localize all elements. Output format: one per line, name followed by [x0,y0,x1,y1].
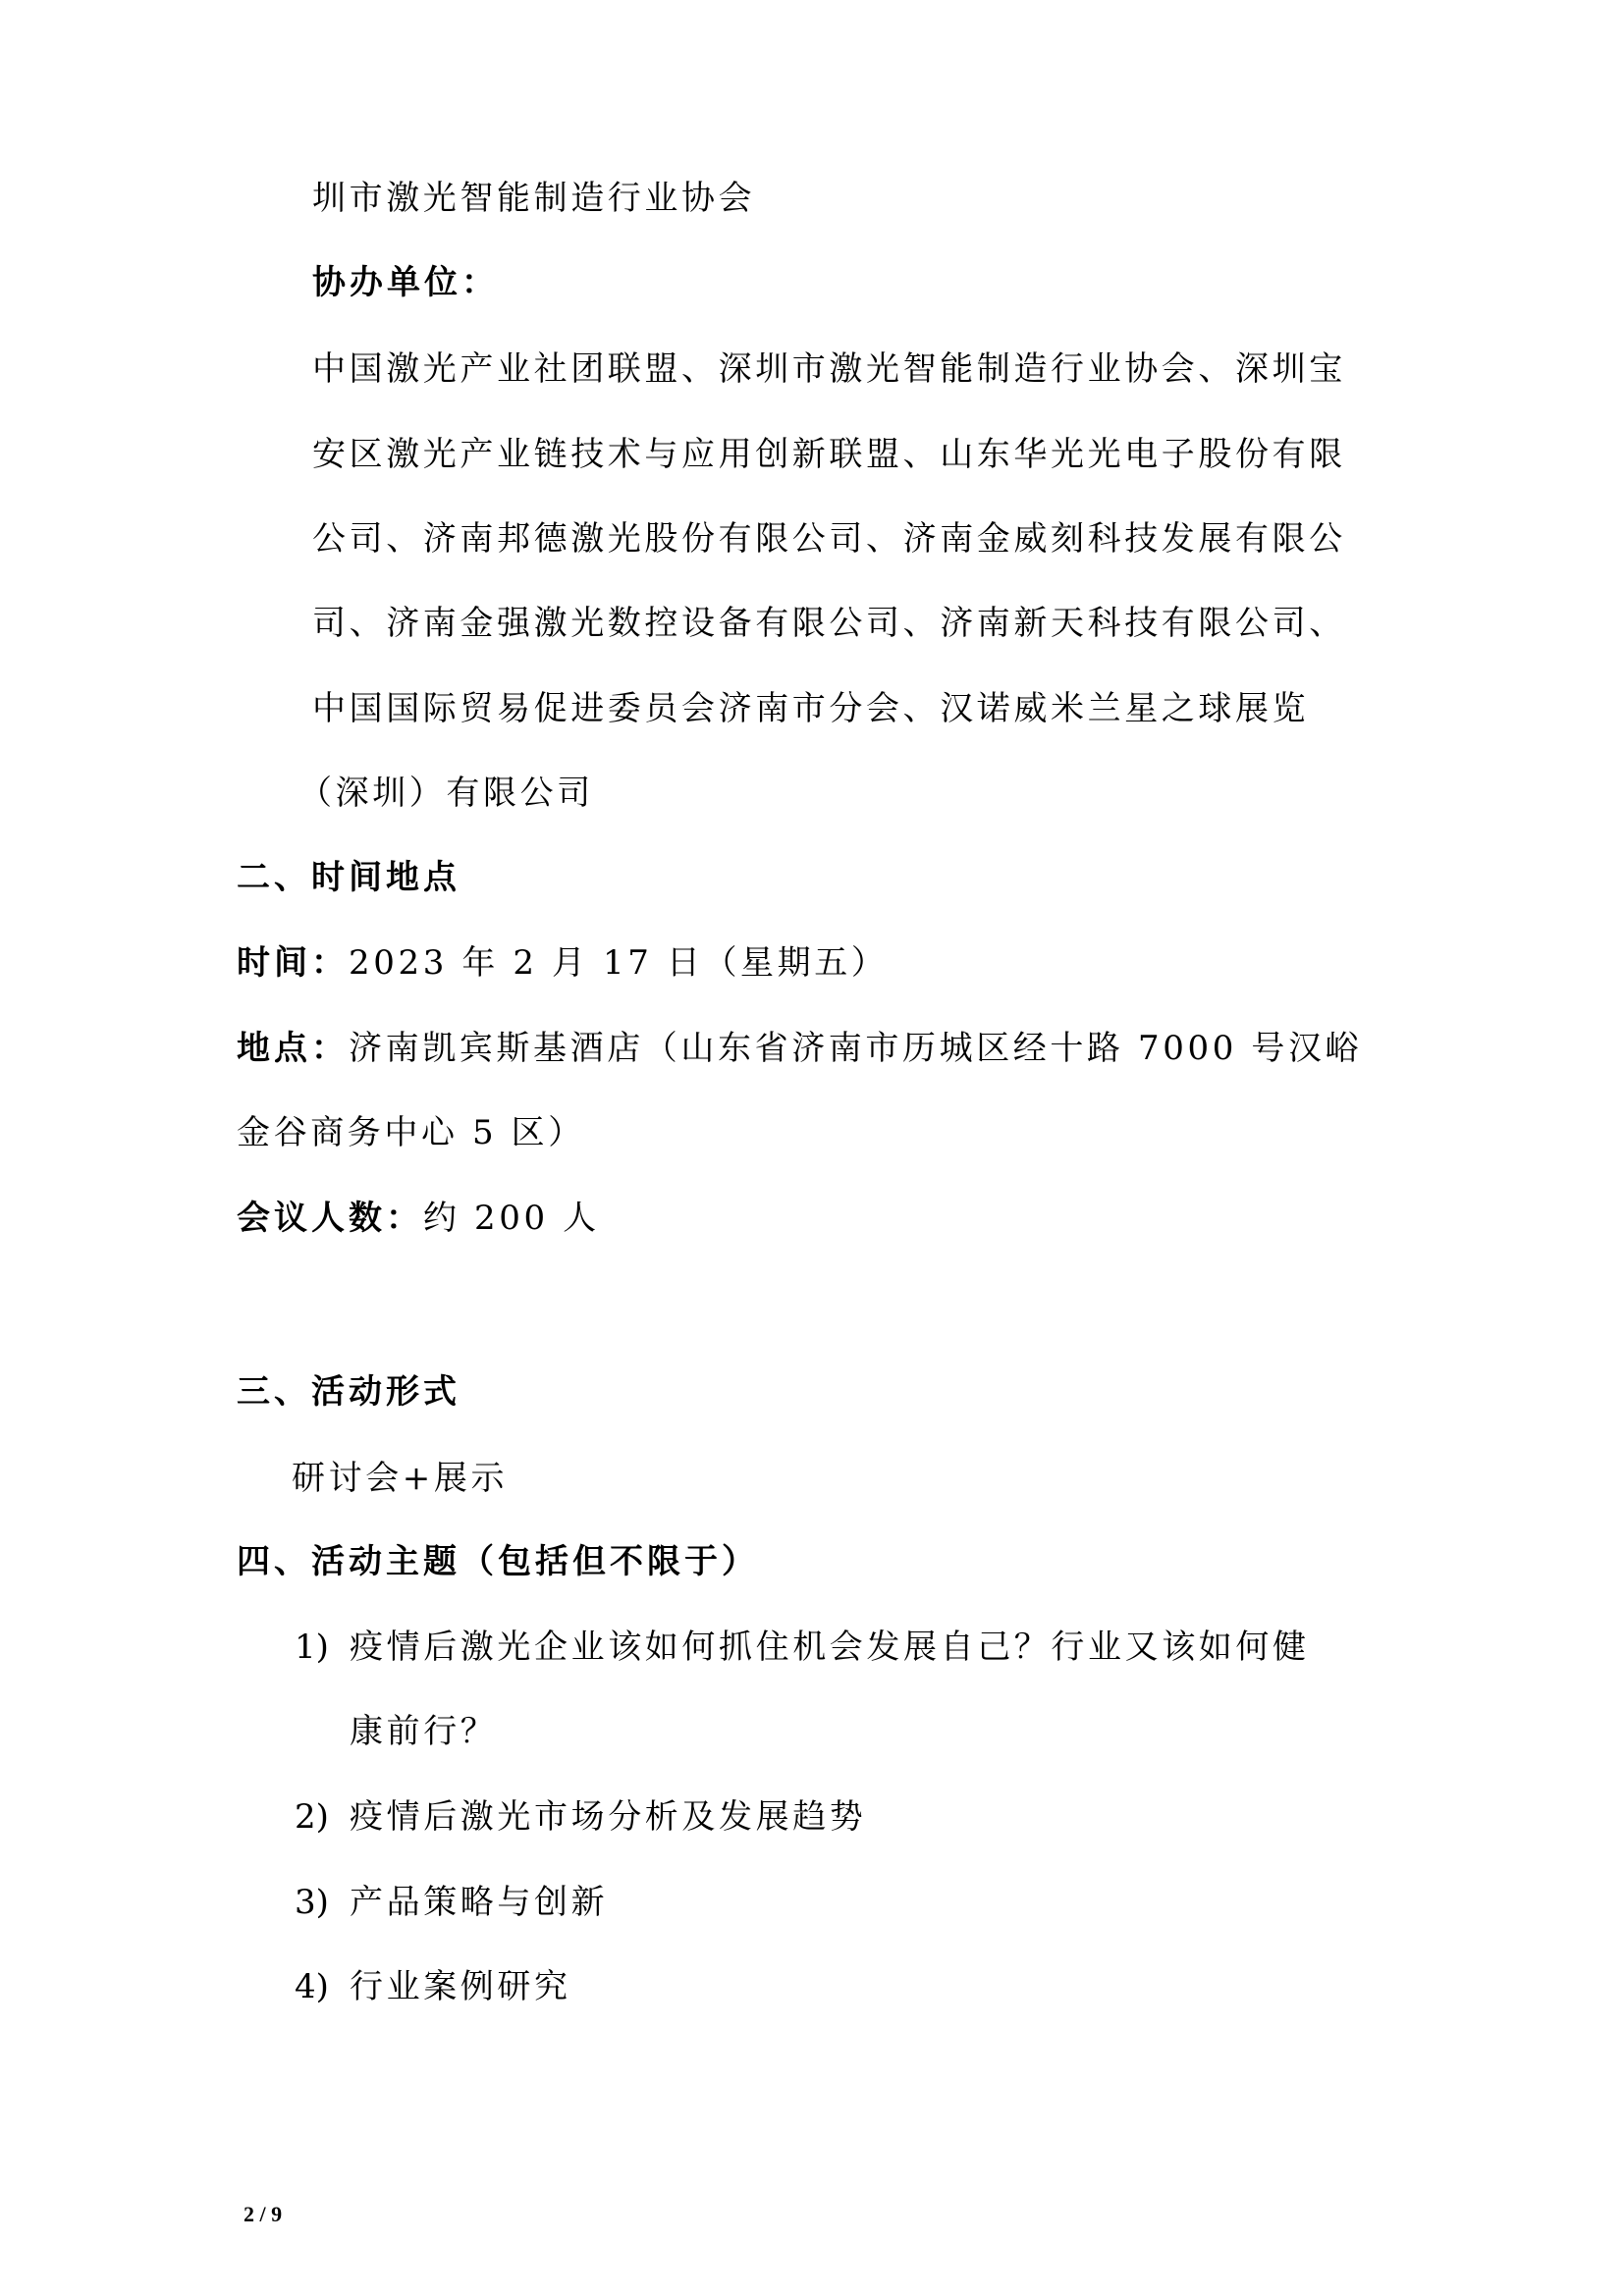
time-value: 2023 年 2 月 17 日（星期五） [349,943,888,983]
section-heading-time-place: 二、时间地点 [237,858,460,897]
attendees-value: 约 200 人 [423,1199,600,1238]
co-organizers-line: （深圳）有限公司 [298,774,594,813]
co-organizers-line: 中国国际贸易促进委员会济南市分会、汉诺威米兰星之球展览 [312,689,1309,728]
list-item: 疫情后激光市场分析及发展趋势 [350,1797,866,1837]
place-row: 地点：济南凯宾斯基酒店（山东省济南市历城区经十路 7000 号汉峪 [237,1029,1362,1068]
place-value: 济南凯宾斯基酒店（山东省济南市历城区经十路 7000 号汉峪 [349,1029,1362,1068]
list-item: 产品策略与创新 [350,1883,608,1922]
list-marker: 1) [295,1628,329,1667]
format-content: 研讨会+展示 [292,1459,508,1498]
co-organizers-line: 安区激光产业链技术与应用创新联盟、山东华光光电子股份有限 [312,435,1346,474]
list-item: 行业案例研究 [350,1967,571,2006]
attendees-label: 会议人数： [237,1199,423,1238]
list-marker: 3) [295,1883,329,1922]
list-marker: 2) [295,1797,329,1837]
page-number: 2 / 9 [244,2202,282,2227]
list-item: 疫情后激光企业该如何抓住机会发展自己？行业又该如何健 [350,1628,1310,1667]
co-organizers-line: 公司、济南邦德激光股份有限公司、济南金威刻科技发展有限公 [312,519,1346,559]
time-row: 时间：2023 年 2 月 17 日（星期五） [237,943,888,983]
section-heading-topics: 四、活动主题（包括但不限于） [237,1542,759,1581]
co-organizers-line: 司、济南金强激光数控设备有限公司、济南新天科技有限公司、 [312,604,1346,643]
place-label: 地点： [237,1029,349,1068]
attendees-row: 会议人数：约 200 人 [237,1199,600,1238]
organizer-continued-line: 圳市激光智能制造行业协会 [312,179,755,218]
section-heading-format: 三、活动形式 [237,1372,460,1412]
place-value-continued: 金谷商务中心 5 区） [237,1113,585,1152]
list-marker: 4) [295,1967,329,2006]
co-organizers-label: 协办单位： [312,263,499,302]
time-label: 时间： [237,943,349,983]
list-item-continued: 康前行？ [350,1712,497,1751]
co-organizers-line: 中国激光产业社团联盟、深圳市激光智能制造行业协会、深圳宝 [312,349,1346,389]
